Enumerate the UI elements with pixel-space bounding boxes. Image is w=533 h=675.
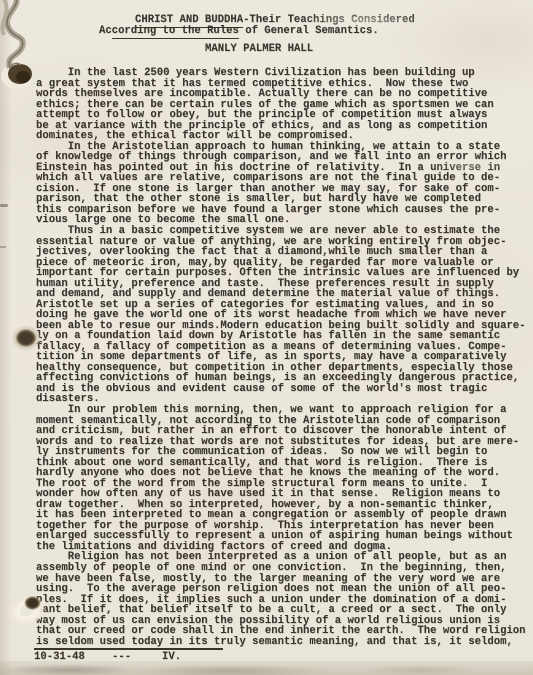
text-line: is seldom used today in its truly semant… — [36, 637, 526, 648]
edge-smudge — [0, 246, 6, 248]
document-body: In the last 2500 years Western Civilizat… — [36, 68, 526, 647]
text-line: and is the obvious and evident cause of … — [36, 384, 526, 395]
text-line: assembly of people of one mind or one co… — [36, 563, 526, 574]
text-line: In our problem this morning, then, we wa… — [36, 405, 526, 416]
edge-smudge — [0, 204, 8, 207]
text-line: Thus in a basic competitive system we ar… — [36, 226, 526, 237]
hole-punch-top — [11, 325, 41, 351]
text-line: and criticism, but rather in an effort t… — [36, 426, 526, 437]
scan-bottom-band — [0, 661, 533, 675]
title2-underlined-text: cording to the Rules — [112, 25, 239, 39]
text-line: jectives, overlooking the fact that a di… — [36, 247, 526, 258]
author-byline: MANLY PALMER HALL — [205, 43, 313, 55]
title2-rest-text: of General Semantics. — [239, 25, 379, 37]
scanned-document-page: CHRIST AND BUDDHA-Their Teachings Consid… — [0, 0, 533, 675]
hole-punch-bottom — [6, 588, 50, 626]
title2-pre-text: Ac — [99, 25, 112, 37]
binding-string-fastener — [0, 0, 46, 99]
footer-rule — [34, 648, 223, 650]
text-line: using. To the average person religion do… — [36, 584, 526, 595]
document-title-line-2: According to the Rules of General Semant… — [99, 25, 379, 37]
text-line: In the last 2500 years Western Civilizat… — [36, 68, 526, 79]
text-line: words themselves are incompatible. Actua… — [36, 89, 526, 100]
